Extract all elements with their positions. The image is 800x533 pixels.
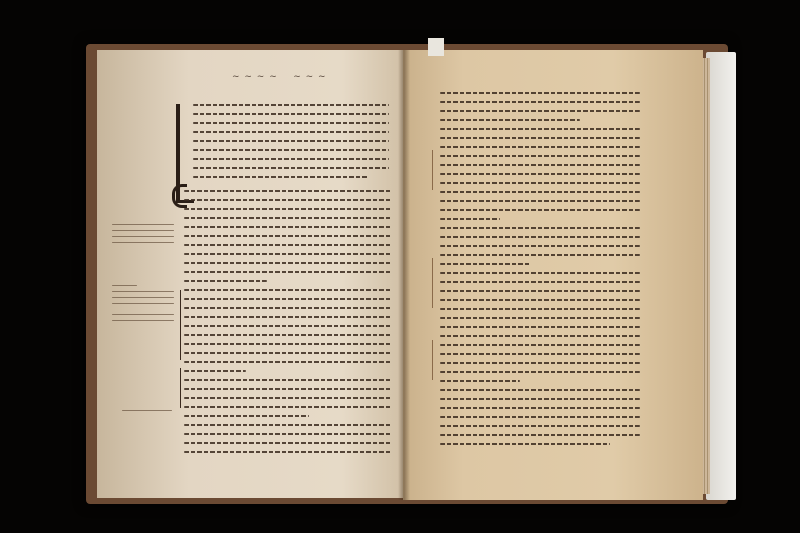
bookmark-ribbon <box>428 38 444 56</box>
folio-heading: ~ ~ ~ ~ ~ ~ ~ <box>232 72 327 82</box>
photo-background: ~ ~ ~ ~ ~ ~ ~ <box>0 0 800 533</box>
margin-flourish <box>432 150 433 190</box>
margin-note <box>122 410 172 416</box>
margin-note <box>112 314 174 326</box>
left-paragraph-1 <box>193 104 389 185</box>
book-gutter <box>398 50 410 500</box>
right-paragraph-1 <box>440 92 640 452</box>
margin-bracket <box>180 368 181 408</box>
margin-bracket <box>180 290 181 360</box>
margin-flourish <box>432 258 433 308</box>
inserted-paper-sheet <box>706 52 736 500</box>
left-paragraph-2 <box>184 190 392 460</box>
margin-note <box>112 285 174 309</box>
margin-flourish <box>432 340 433 380</box>
margin-note <box>112 224 174 248</box>
